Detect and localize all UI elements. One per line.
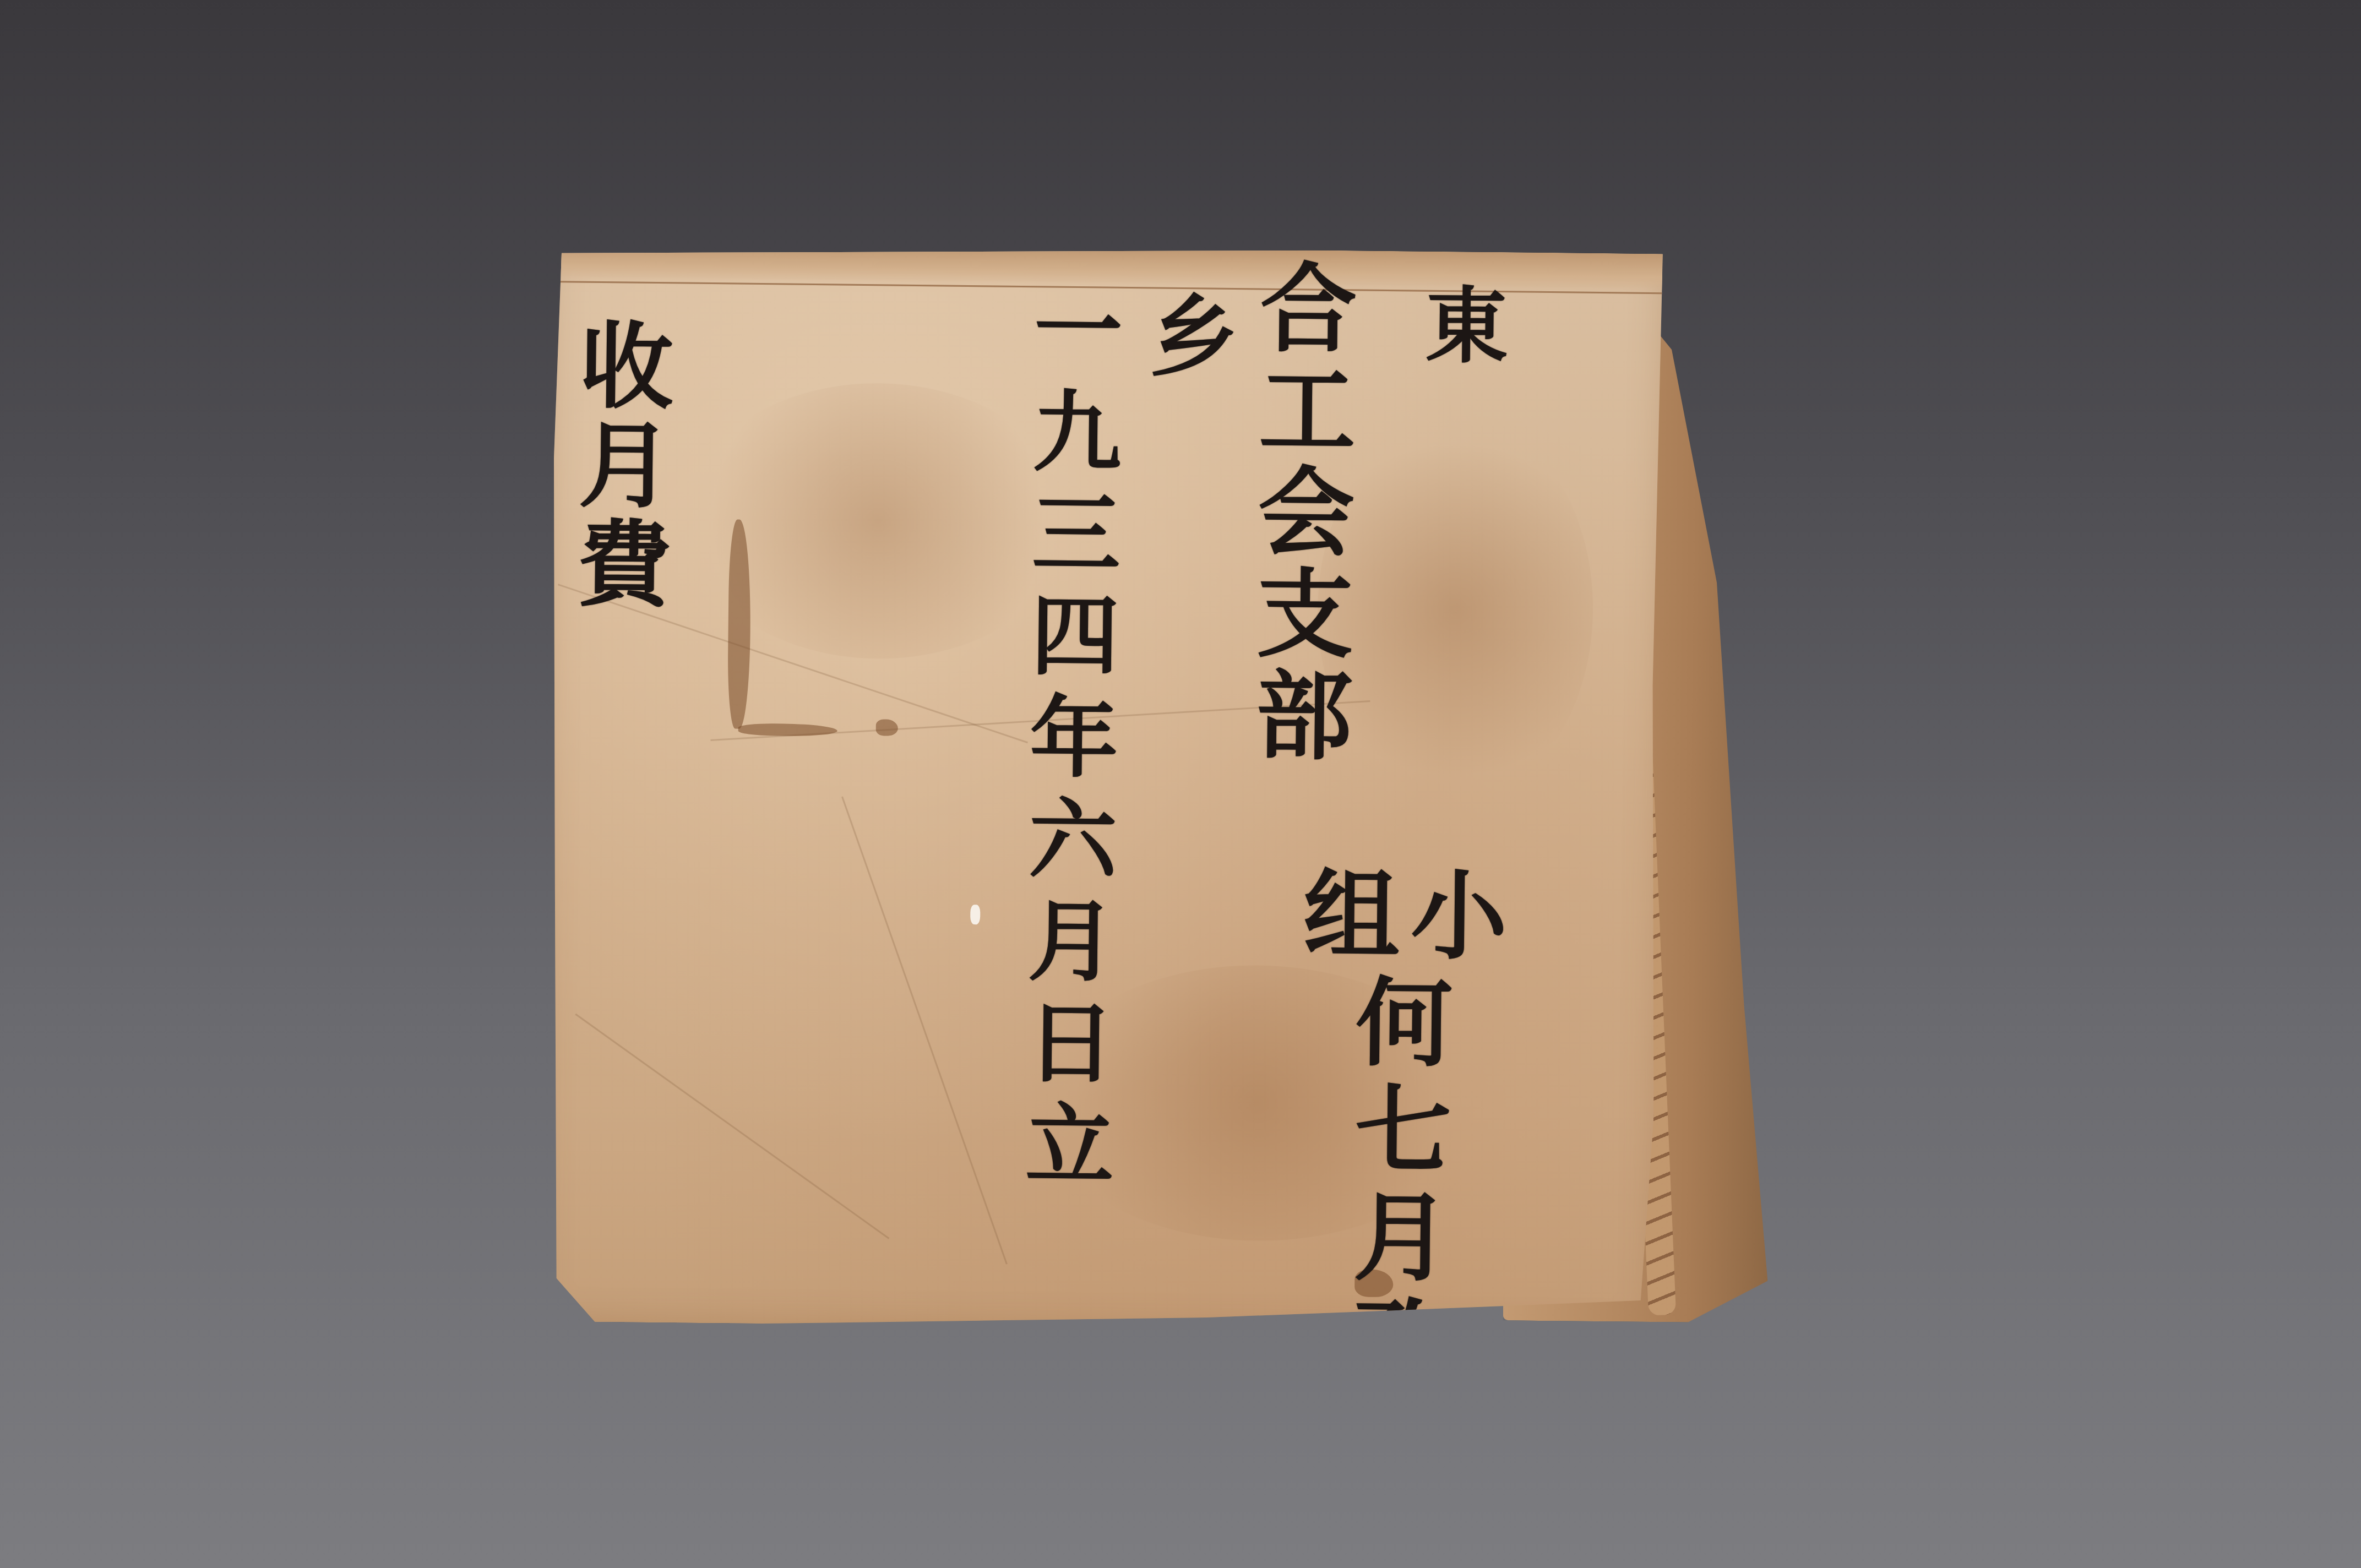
age-stain bbox=[1315, 416, 1595, 804]
booklet: 東 乡 合 工 会 支 部 小 组 何 七 月 bbox=[539, 242, 1773, 1345]
paper-tear bbox=[876, 719, 898, 736]
char: 費 bbox=[577, 518, 672, 613]
char: 年 bbox=[1030, 693, 1119, 782]
booklet-cover: 東 乡 合 工 会 支 部 小 组 何 七 月 bbox=[539, 242, 1662, 1333]
char: 工 bbox=[1259, 362, 1356, 460]
char: 六 bbox=[1029, 795, 1118, 884]
char: 组 bbox=[1303, 867, 1400, 964]
char: 三 bbox=[1032, 489, 1121, 579]
char: 会 bbox=[1258, 464, 1355, 562]
char: 乡 bbox=[1149, 292, 1238, 382]
char: 月 bbox=[578, 419, 673, 514]
char: 何 bbox=[1356, 974, 1453, 1072]
paper-crease bbox=[575, 1014, 889, 1239]
paper-crease bbox=[841, 797, 1008, 1265]
char: 一 bbox=[1034, 286, 1123, 375]
char: 日 bbox=[1026, 999, 1116, 1088]
char: 月 bbox=[1353, 1189, 1451, 1287]
paper-loss-spot bbox=[970, 905, 980, 924]
char: 七 bbox=[1354, 1082, 1452, 1179]
char: 九 bbox=[1033, 388, 1122, 477]
paper-tear bbox=[738, 723, 837, 737]
char: 東 bbox=[1425, 285, 1509, 368]
calligraphy-column-subject: 收 月 費 bbox=[577, 320, 674, 613]
char: 立 bbox=[1025, 1101, 1114, 1190]
photograph: 東 乡 合 工 会 支 部 小 组 何 七 月 bbox=[0, 0, 2361, 1568]
calligraphy-column-organization: 合 工 会 支 部 bbox=[1255, 261, 1357, 766]
char: 部 bbox=[1255, 668, 1353, 765]
calligraphy-char-xiang: 乡 bbox=[1149, 292, 1238, 382]
char: 支 bbox=[1256, 566, 1354, 663]
char: 月 bbox=[1027, 897, 1117, 986]
calligraphy-column-group-and-person: 小 组 何 七 月 孜 bbox=[1298, 867, 1508, 1395]
char: 合 bbox=[1260, 261, 1357, 358]
calligraphy-column-region: 東 bbox=[1425, 285, 1509, 368]
group-label: 小 组 bbox=[1303, 867, 1508, 965]
char: 四 bbox=[1031, 591, 1120, 680]
char: 小 bbox=[1410, 868, 1508, 965]
calligraphy-column-date: 一 九 三 四 年 六 月 日 立 bbox=[1025, 286, 1123, 1190]
char: 收 bbox=[579, 320, 674, 415]
char: 孜 bbox=[1352, 1297, 1450, 1394]
